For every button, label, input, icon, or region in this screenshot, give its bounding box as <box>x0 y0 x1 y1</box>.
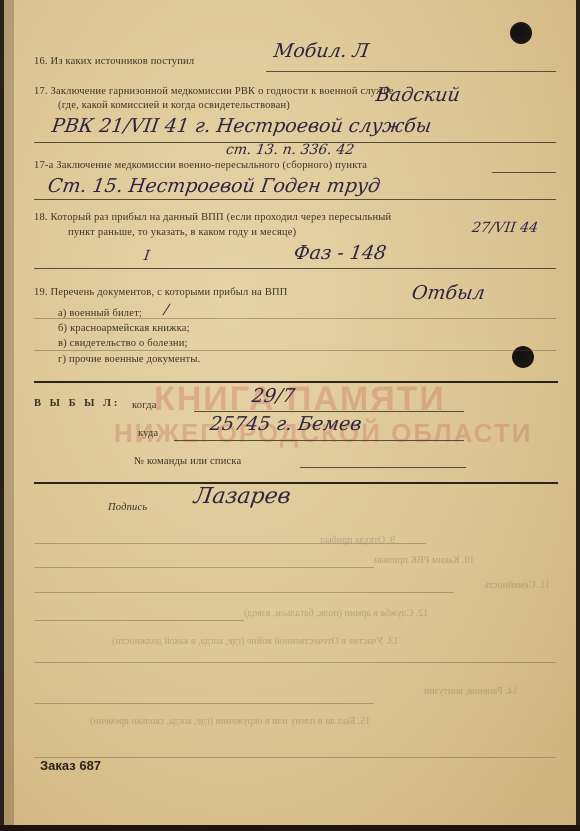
rule <box>34 620 244 621</box>
item17a-label: 17-а Заключение медкомиссии военно-перес… <box>34 160 367 171</box>
rule <box>34 662 556 663</box>
item16-label: 16. Из каких источников поступил <box>34 56 194 67</box>
item19-option-c: в) свидетельство о болезни; <box>58 338 188 349</box>
item18-mark: I <box>143 248 151 264</box>
departure-when-value: 29/7 <box>250 385 296 407</box>
bleed-through-10: 10. Каким РВК призван <box>374 555 474 566</box>
item17-label-1: 17. Заключение гарнизонной медкомиссии Р… <box>34 86 394 97</box>
order-number: Заказ 687 <box>40 758 101 773</box>
bleed-through-12: 12. Служба в армии (полк, батальон, взво… <box>244 608 428 619</box>
departure-when-label: когда <box>132 400 157 411</box>
rule <box>34 318 556 319</box>
rule <box>34 567 374 568</box>
item19-option-b: б) красноармейская книжка; <box>58 323 190 334</box>
bleed-through-9: 9. Откуда прибыл <box>320 535 395 546</box>
paper-edge <box>4 0 14 826</box>
item18-label-2: пункт раньше, то указать, в каком году и… <box>68 227 296 238</box>
rule <box>34 199 556 200</box>
section-divider <box>34 482 558 484</box>
item17-label-2: (где, какой комиссией и когда освидетель… <box>58 100 290 111</box>
rule <box>34 268 556 269</box>
punch-hole <box>510 22 532 44</box>
departure-team-label: № команды или списка <box>134 456 241 467</box>
signature-label: Подпись <box>108 502 147 513</box>
rule <box>194 411 464 412</box>
section-divider <box>34 381 558 383</box>
rule <box>300 467 466 468</box>
bleed-through-13: 13. Участие в Отечественной войне (где, … <box>112 636 399 647</box>
item19-option-d: г) прочие военные документы. <box>58 354 200 365</box>
item19-label: 19. Перечень документов, с которыми приб… <box>34 287 288 298</box>
item17-value-3: ст. 13. п. 336. 42 <box>225 142 355 158</box>
bleed-through-14: 14. Ранения, контузии <box>424 686 518 697</box>
item18-label-1: 18. Который раз прибыл на данный ВПП (ес… <box>34 212 391 223</box>
rule <box>34 350 556 351</box>
rule <box>34 703 374 704</box>
item17a-value: Ст. 15. Нестроевой Годен труд <box>46 175 381 197</box>
rule <box>34 543 426 544</box>
rule <box>34 757 556 758</box>
rule <box>266 71 556 72</box>
item18-date: 27/VII 44 <box>471 220 539 236</box>
item19-note: Отбыл <box>410 282 486 304</box>
signature-value: Лазарев <box>192 484 292 509</box>
scan-edge <box>0 825 580 831</box>
bleed-through-11: 11. Семейность <box>484 580 550 591</box>
bleed-through-15: 15. Был ли в плену или в окружении (где,… <box>90 716 370 727</box>
item18-value: Фаз - 148 <box>292 242 387 264</box>
departure-title: В Ы Б Ы Л: <box>34 398 120 409</box>
rule <box>34 592 454 593</box>
rule <box>174 440 464 441</box>
document-page: КНИГА ПАМЯТИ НИЖЕГОРОДСКОЙ ОБЛАСТИ 16. И… <box>4 0 576 826</box>
rule <box>492 172 556 173</box>
item16-value: Мобил. Л <box>272 40 370 62</box>
departure-where-value: 25745 г. Бемев <box>208 413 363 435</box>
item17-value-1: Вадский <box>374 84 461 106</box>
item17-value-2: РВК 21/VII 41 г. Нестроевой службы <box>50 115 432 137</box>
item19-option-a-mark: / <box>163 302 170 318</box>
departure-where-label: куда <box>138 428 158 439</box>
